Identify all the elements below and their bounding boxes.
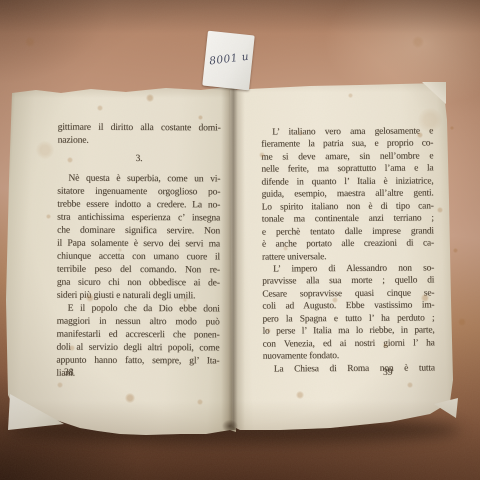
text-line: e perchè tentato dalle imprese grandi: [262, 225, 434, 239]
book-gutter-shadow: [220, 418, 240, 434]
book-gutter: [221, 82, 245, 430]
text-line: terribile peso del comando. Non re-: [57, 263, 220, 277]
text-line: che dominare significa servire. Non: [57, 224, 220, 238]
text-line: gittimare il diritto alla costante domi-: [58, 121, 221, 135]
right-page-text: L’ italiano vero ama gelosamente efieram…: [261, 125, 435, 375]
text-line: E il popolo che da Dio ebbe doni: [57, 302, 220, 316]
sticker-label: 8001 u: [209, 51, 250, 68]
text-line: Cesare sopravvisse quasi cinque se-: [262, 287, 434, 301]
text-line: nazione.: [58, 134, 221, 148]
text-line: fieramente la patria sua, e proprio co-: [261, 138, 433, 152]
text-line: L’ impero di Alessandro non so-: [262, 262, 434, 276]
text-line: è anche portato alle creazioni di ca-: [262, 237, 434, 251]
text-line: chiunque accetta con umano cuore il: [57, 250, 220, 264]
text-line: trebbe essere indotto a credere. La no-: [57, 198, 220, 212]
left-page-text: gittimare il diritto alla costante domi-…: [56, 121, 220, 381]
text-line: liani.: [56, 367, 219, 381]
book-photo: gittimare il diritto alla costante domi-…: [0, 0, 480, 480]
text-line: il Papa solamente è servo dei servi ma: [57, 237, 220, 251]
section-number: 3.: [57, 152, 220, 166]
text-line: coli ad Augusto. Ebbe vastissimo im-: [262, 300, 434, 314]
text-line: pravvisse alla sua morte ; quello di: [262, 275, 434, 289]
text-line: lo perse l’ Italia ma lo riebbe, in part…: [263, 325, 435, 339]
text-line: sideri più giusti e naturali degli umili…: [57, 289, 220, 303]
text-line: rattere universale.: [262, 250, 434, 264]
text-line: pero la Spagna e tutto l’ ha perduto ;: [262, 312, 434, 326]
page-number-left: 38: [64, 368, 74, 378]
text-line: guida, esempio, maestra all’altre genti.: [262, 188, 434, 202]
text-line: nelle ferite, ma soprattutto l’ama e la: [261, 163, 433, 177]
text-line: Nè questa è superbia, come un vi-: [57, 172, 220, 186]
text-line: La Chiesa di Roma non è tutta: [263, 362, 435, 376]
text-line: sitatore ingenuamente orgoglioso po-: [57, 185, 220, 199]
text-line: doli al servizio degli altri popoli, com…: [56, 341, 219, 355]
inventory-sticker: 8001 u: [202, 31, 254, 91]
text-line: tonale ma continentale anzi terriano ;: [262, 213, 434, 227]
text-line: maggiori in nessun altro modo può: [57, 315, 220, 329]
text-line: appunto hanno fatto, sempre, gl’ Ita-: [56, 354, 219, 368]
text-line: stra antichissima esperienza c’ insegna: [57, 211, 220, 225]
text-line: L’ italiano vero ama gelosamente e: [261, 125, 433, 139]
text-line: Lo spirito italiano non è di tipo can-: [262, 200, 434, 214]
page-number-right: 39: [383, 368, 393, 378]
text-line: difende in quanto l’ Italia è iniziatric…: [261, 175, 433, 189]
text-line: con Venezia, ed ai nostri giorni l’ ha: [263, 337, 435, 351]
text-line: me si deve amare, sin nell’ombre e: [261, 150, 433, 164]
text-line: manifestarli ed accrescerli che ponen-: [57, 328, 220, 342]
text-line: gna sicuro chi non obbedisce ai de-: [57, 276, 220, 290]
text-line: nuovamente fondato.: [263, 350, 435, 364]
